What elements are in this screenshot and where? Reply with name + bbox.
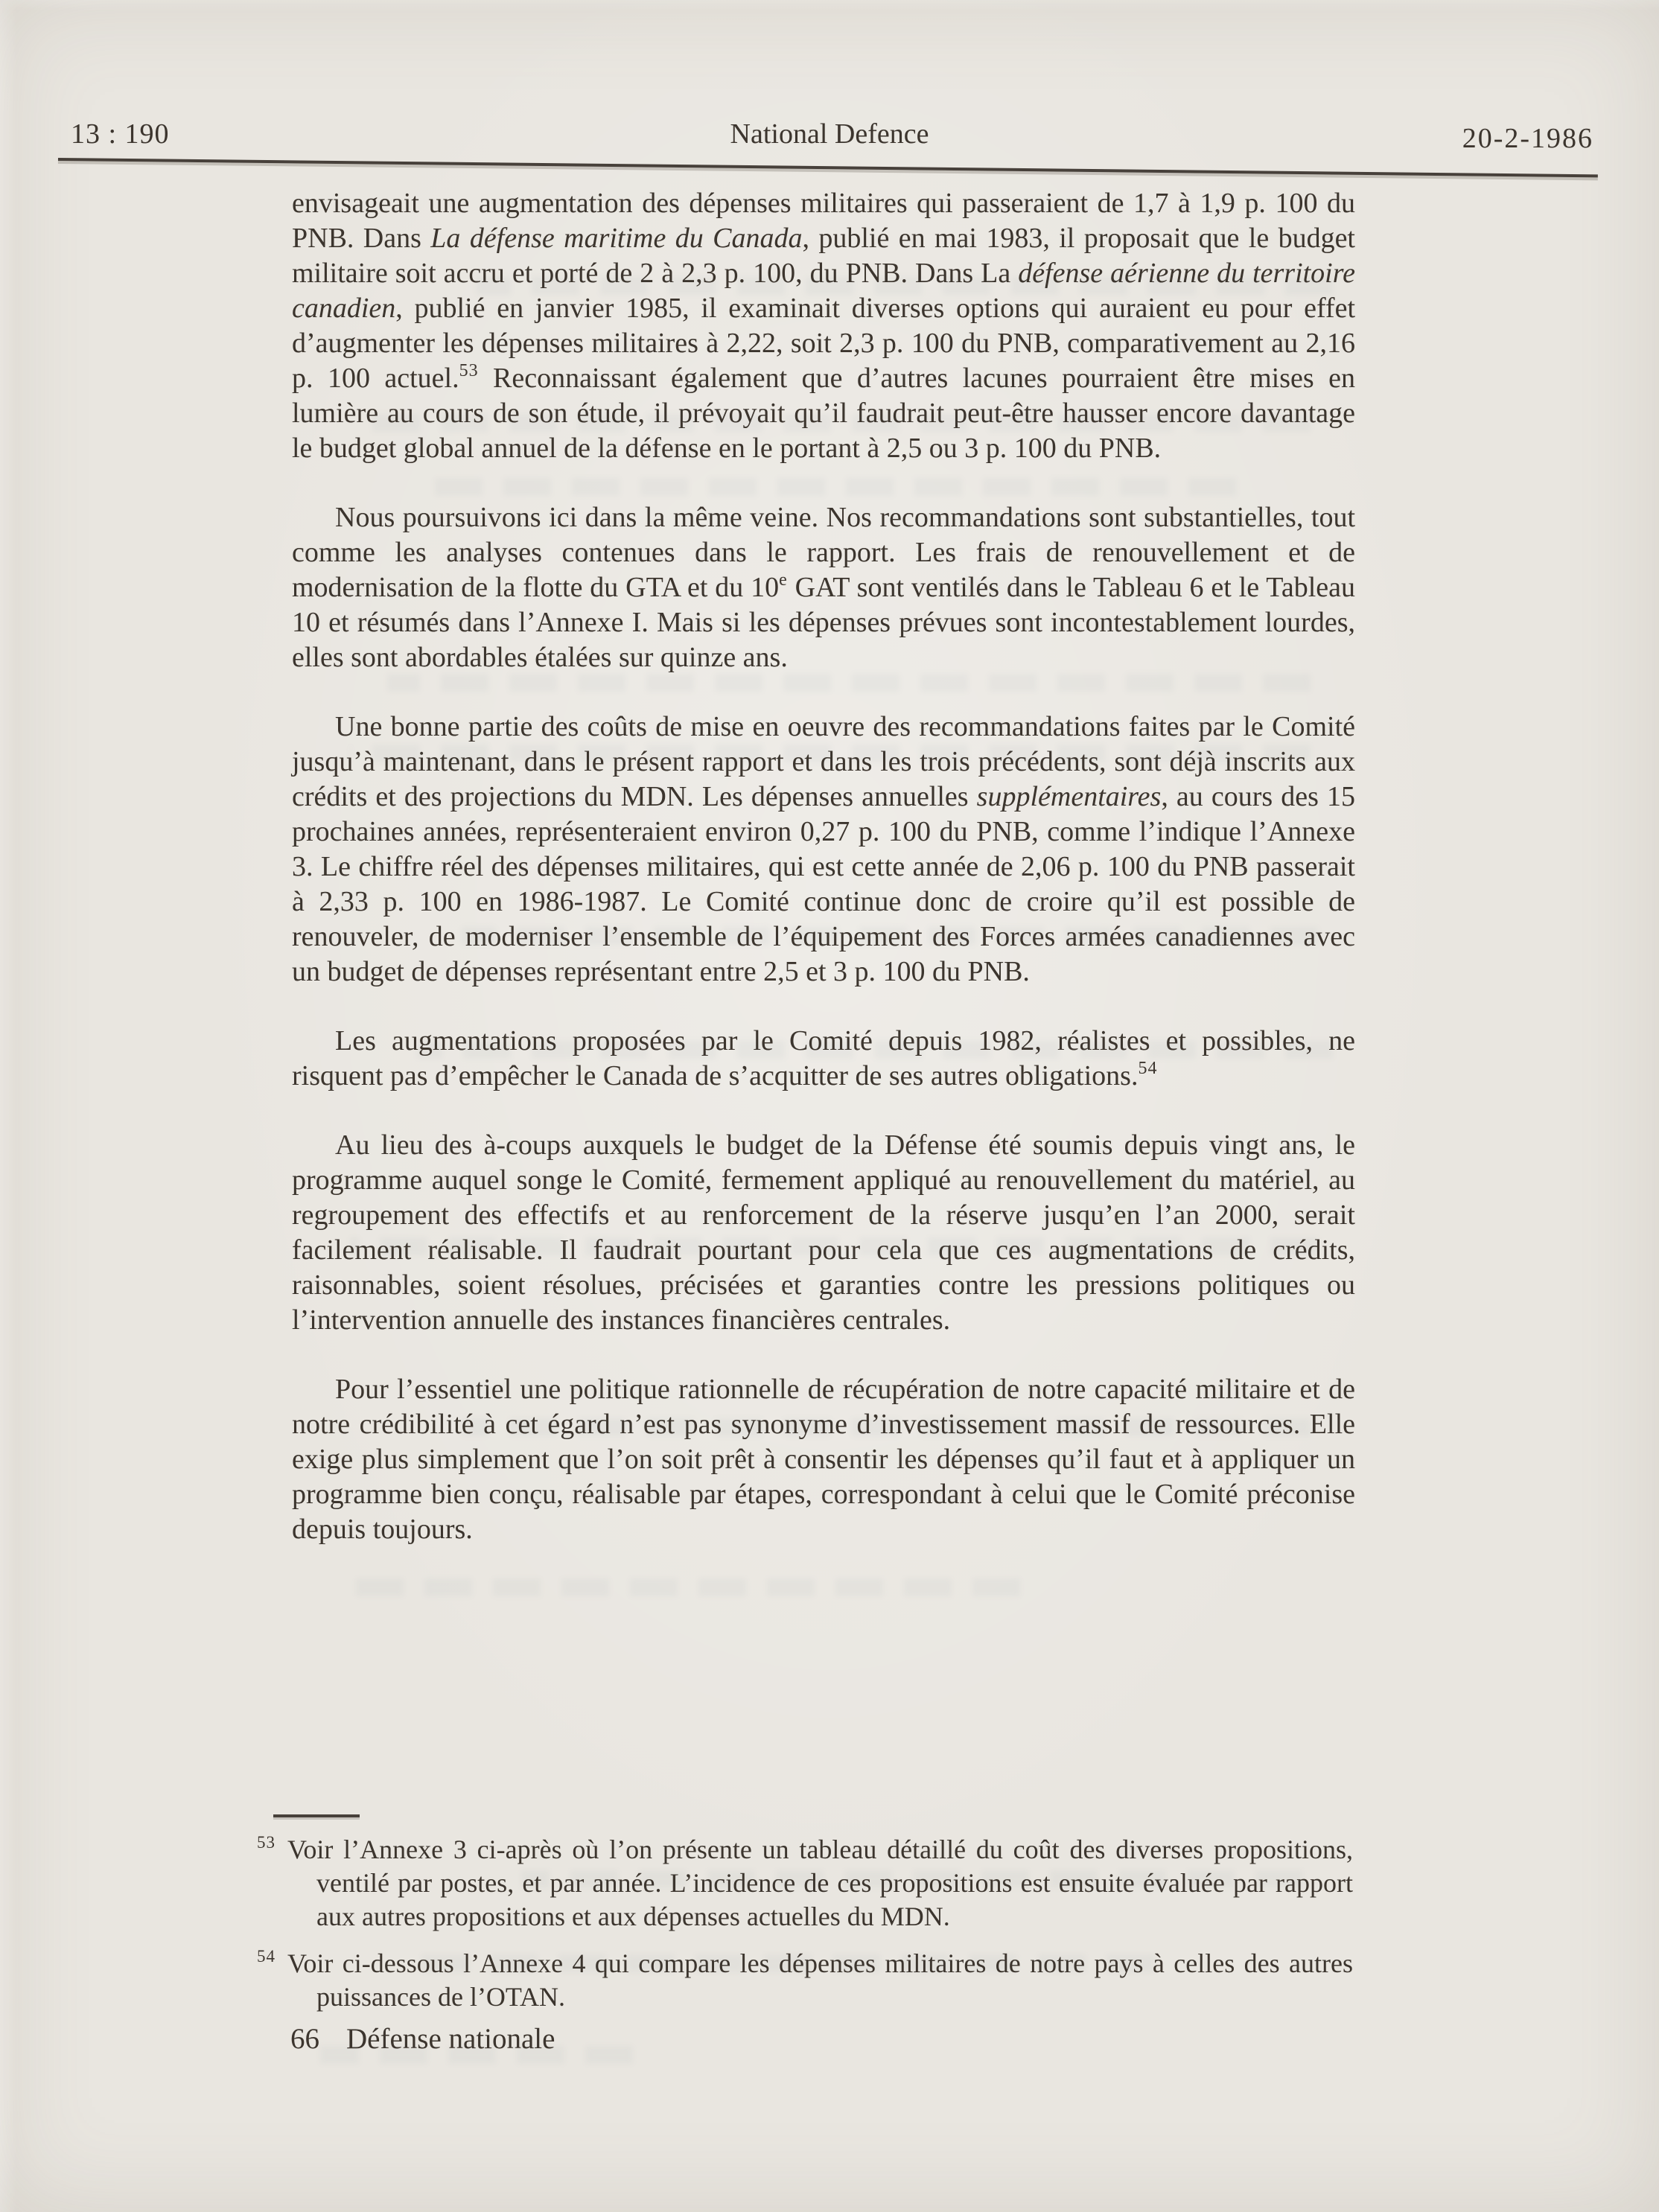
text-segment: La défense maritime du Canada <box>430 223 802 254</box>
footnote-text: Voir ci-dessous l’Annexe 4 qui compare l… <box>287 1948 1353 2012</box>
footnote-separator-rule <box>273 1814 360 1817</box>
footer-publication-title: Défense nationale <box>346 2023 555 2055</box>
footnote-reference: 53 <box>459 361 479 380</box>
text-segment: Au lieu des à-coups auxquels le budget d… <box>292 1129 1355 1336</box>
body-paragraph: Une bonne partie des coûts de mise en oe… <box>292 710 1355 989</box>
body-paragraphs: envisageait une augmentation des dépense… <box>292 186 1355 1581</box>
footnote-reference: 54 <box>1138 1059 1157 1078</box>
footnote-reference: e <box>779 570 788 590</box>
footnote-text: Voir l’Annexe 3 ci-après où l’on présent… <box>287 1835 1353 1931</box>
body-paragraph: Nous poursuivons ici dans la même veine.… <box>292 500 1355 675</box>
footnote-item: 54Voir ci-dessous l’Annexe 4 qui compare… <box>257 1947 1353 2014</box>
header-rule <box>58 158 1598 177</box>
header-date: 20-2-1986 <box>1462 122 1593 155</box>
body-paragraph: Les augmentations proposées par le Comit… <box>292 1024 1355 1094</box>
page-footer: 66Défense nationale <box>290 2022 555 2056</box>
text-segment: supplémentaires <box>977 781 1162 812</box>
footnote-marker: 54 <box>257 1947 276 1966</box>
header-running-title: National Defence <box>0 118 1659 150</box>
text-segment: Pour l’essentiel une politique rationnel… <box>292 1374 1355 1545</box>
footnotes-list: 53Voir l’Annexe 3 ci-après où l’on prése… <box>257 1833 1353 2027</box>
footer-page-number: 66 <box>290 2023 319 2055</box>
body-paragraph: Pour l’essentiel une politique rationnel… <box>292 1372 1355 1547</box>
scanned-document-page: 13 : 190 National Defence 20-2-1986 envi… <box>0 0 1659 2212</box>
text-segment: Les augmentations proposées par le Comit… <box>292 1025 1355 1091</box>
footnote-marker: 53 <box>257 1833 276 1852</box>
footnote-item: 53Voir l’Annexe 3 ci-après où l’on prése… <box>257 1833 1353 1934</box>
body-paragraph: Au lieu des à-coups auxquels le budget d… <box>292 1128 1355 1338</box>
body-paragraph: envisageait une augmentation des dépense… <box>292 186 1355 466</box>
